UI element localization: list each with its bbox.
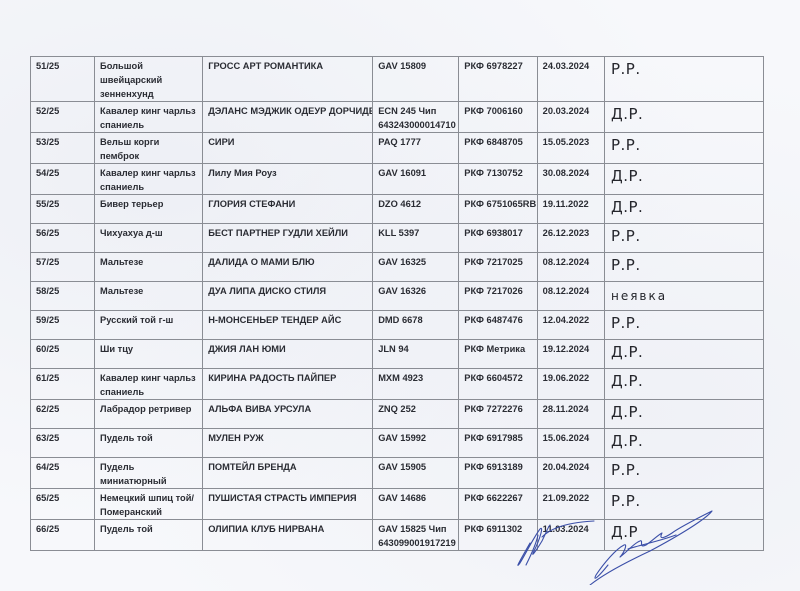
table-row: 64/25Пудель миниатюрныйПОМТЕЙЛ БРЕНДАGAV… (31, 458, 764, 489)
cell-dog-name: ОЛИПИА КЛУБ НИРВАНА (203, 520, 373, 551)
cell-number: 56/25 (31, 224, 95, 253)
cell-number: 52/25 (31, 102, 95, 133)
cell-rkf-pedigree: РКФ 6938017 (459, 224, 537, 253)
cell-number: 65/25 (31, 489, 95, 520)
cell-tattoo-chip: DMD 6678 (373, 311, 459, 340)
table-row: 53/25Вельш корги пемброкСИРИPAQ 1777РКФ … (31, 133, 764, 164)
cell-number: 54/25 (31, 164, 95, 195)
table-row: 61/25Кавалер кинг чарльз спаниельКИРИНА … (31, 369, 764, 400)
scanned-document-page: 51/25Большой швейцарский зенненхундГРОСС… (0, 0, 800, 591)
table-row: 55/25Бивер терьерГЛОРИЯ СТЕФАНИDZO 4612Р… (31, 195, 764, 224)
cell-birth-date: 20.04.2024 (537, 458, 604, 489)
cell-breed: Русский той г-ш (95, 311, 203, 340)
cell-result-handwritten: Д.Р. (604, 340, 763, 369)
cell-number: 62/25 (31, 400, 95, 429)
cell-dog-name: ДАЛИДА О МАМИ БЛЮ (203, 253, 373, 282)
cell-tattoo-chip: GAV 15809 (373, 57, 459, 102)
cell-result-handwritten: Д.Р. (604, 400, 763, 429)
cell-number: 57/25 (31, 253, 95, 282)
cell-tattoo-chip: GAV 16326 (373, 282, 459, 311)
cell-tattoo-chip: GAV 16325 (373, 253, 459, 282)
cell-rkf-pedigree: РКФ 6487476 (459, 311, 537, 340)
cell-rkf-pedigree: РКФ 7006160 (459, 102, 537, 133)
cell-rkf-pedigree: РКФ 7217026 (459, 282, 537, 311)
registry-table: 51/25Большой швейцарский зенненхундГРОСС… (30, 56, 764, 551)
cell-tattoo-chip: KLL 5397 (373, 224, 459, 253)
cell-breed: Лабрадор ретривер (95, 400, 203, 429)
cell-breed: Чихуахуа д-ш (95, 224, 203, 253)
cell-dog-name: БЕСТ ПАРТНЕР ГУДЛИ ХЕЙЛИ (203, 224, 373, 253)
cell-result-handwritten: Д.Р. (604, 195, 763, 224)
cell-number: 53/25 (31, 133, 95, 164)
cell-tattoo-chip: GAV 15825 Чип 643099001917219 (373, 520, 459, 551)
cell-number: 63/25 (31, 429, 95, 458)
cell-dog-name: АЛЬФА ВИВА УРСУЛА (203, 400, 373, 429)
cell-breed: Немецкий шпиц той/Померанский (95, 489, 203, 520)
cell-number: 51/25 (31, 57, 95, 102)
cell-number: 61/25 (31, 369, 95, 400)
cell-birth-date: 28.11.2024 (537, 400, 604, 429)
cell-dog-name: ДУА ЛИПА ДИСКО СТИЛЯ (203, 282, 373, 311)
cell-tattoo-chip: MXM 4923 (373, 369, 459, 400)
cell-rkf-pedigree: РКФ 7130752 (459, 164, 537, 195)
cell-breed: Ши тцу (95, 340, 203, 369)
cell-dog-name: ДЖИЯ ЛАН ЮМИ (203, 340, 373, 369)
cell-number: 55/25 (31, 195, 95, 224)
cell-birth-date: 08.12.2024 (537, 253, 604, 282)
cell-result-handwritten: Д.Р. (604, 164, 763, 195)
cell-breed: Кавалер кинг чарльз спаниель (95, 102, 203, 133)
table-row: 57/25МальтезеДАЛИДА О МАМИ БЛЮGAV 16325Р… (31, 253, 764, 282)
cell-breed: Мальтезе (95, 282, 203, 311)
cell-result-handwritten: Р.Р. (604, 311, 763, 340)
table-row: 52/25Кавалер кинг чарльз спаниельДЭЛАНС … (31, 102, 764, 133)
cell-dog-name: ГРОСС АРТ РОМАНТИКА (203, 57, 373, 102)
cell-tattoo-chip: DZO 4612 (373, 195, 459, 224)
cell-result-handwritten: Р.Р. (604, 458, 763, 489)
cell-birth-date: 15.05.2023 (537, 133, 604, 164)
cell-tattoo-chip: GAV 15905 (373, 458, 459, 489)
cell-birth-date: 19.11.2022 (537, 195, 604, 224)
cell-tattoo-chip: JLN 94 (373, 340, 459, 369)
cell-rkf-pedigree: РКФ Метрика (459, 340, 537, 369)
cell-rkf-pedigree: РКФ 7272276 (459, 400, 537, 429)
cell-breed: Вельш корги пемброк (95, 133, 203, 164)
cell-tattoo-chip: GAV 14686 (373, 489, 459, 520)
cell-breed: Кавалер кинг чарльз спаниель (95, 164, 203, 195)
cell-rkf-pedigree: РКФ 7217025 (459, 253, 537, 282)
cell-number: 64/25 (31, 458, 95, 489)
cell-birth-date: 26.12.2023 (537, 224, 604, 253)
cell-dog-name: КИРИНА РАДОСТЬ ПАЙПЕР (203, 369, 373, 400)
cell-rkf-pedigree: РКФ 6978227 (459, 57, 537, 102)
cell-number: 58/25 (31, 282, 95, 311)
cell-birth-date: 24.03.2024 (537, 57, 604, 102)
cell-dog-name: СИРИ (203, 133, 373, 164)
cell-result-handwritten: Д.Р. (604, 429, 763, 458)
cell-tattoo-chip: GAV 15992 (373, 429, 459, 458)
cell-result-handwritten: Д.Р. (604, 369, 763, 400)
cell-result-handwritten: Р.Р. (604, 133, 763, 164)
cell-birth-date: 15.06.2024 (537, 429, 604, 458)
signatures (500, 505, 730, 585)
cell-result-handwritten: Р.Р. (604, 224, 763, 253)
cell-breed: Бивер терьер (95, 195, 203, 224)
cell-result-handwritten: Р.Р. (604, 57, 763, 102)
cell-breed: Кавалер кинг чарльз спаниель (95, 369, 203, 400)
signature-icon (500, 505, 730, 585)
cell-breed: Пудель той (95, 520, 203, 551)
cell-result-handwritten: Р.Р. (604, 253, 763, 282)
cell-number: 60/25 (31, 340, 95, 369)
table-row: 54/25Кавалер кинг чарльз спаниельЛилу Ми… (31, 164, 764, 195)
cell-birth-date: 19.12.2024 (537, 340, 604, 369)
cell-tattoo-chip: PAQ 1777 (373, 133, 459, 164)
cell-rkf-pedigree: РКФ 6604572 (459, 369, 537, 400)
cell-breed: Пудель той (95, 429, 203, 458)
cell-breed: Пудель миниатюрный (95, 458, 203, 489)
cell-birth-date: 08.12.2024 (537, 282, 604, 311)
table-row: 60/25Ши тцуДЖИЯ ЛАН ЮМИJLN 94РКФ Метрика… (31, 340, 764, 369)
cell-tattoo-chip: ZNQ 252 (373, 400, 459, 429)
cell-birth-date: 12.04.2022 (537, 311, 604, 340)
table-row: 62/25Лабрадор ретриверАЛЬФА ВИВА УРСУЛАZ… (31, 400, 764, 429)
table-row: 63/25Пудель тойМУЛЕН РУЖGAV 15992РКФ 691… (31, 429, 764, 458)
cell-rkf-pedigree: РКФ 6751065RB (459, 195, 537, 224)
cell-dog-name: ПОМТЕЙЛ БРЕНДА (203, 458, 373, 489)
cell-number: 66/25 (31, 520, 95, 551)
cell-rkf-pedigree: РКФ 6917985 (459, 429, 537, 458)
cell-birth-date: 19.06.2022 (537, 369, 604, 400)
cell-result-handwritten: Д.Р. (604, 102, 763, 133)
cell-result-handwritten: неявка (604, 282, 763, 311)
cell-number: 59/25 (31, 311, 95, 340)
cell-dog-name: ПУШИСТАЯ СТРАСТЬ ИМПЕРИЯ (203, 489, 373, 520)
cell-breed: Большой швейцарский зенненхунд (95, 57, 203, 102)
table-row: 58/25МальтезеДУА ЛИПА ДИСКО СТИЛЯGAV 163… (31, 282, 764, 311)
cell-dog-name: Лилу Мия Роуз (203, 164, 373, 195)
registry-table-body: 51/25Большой швейцарский зенненхундГРОСС… (31, 57, 764, 551)
cell-rkf-pedigree: РКФ 6913189 (459, 458, 537, 489)
cell-birth-date: 30.08.2024 (537, 164, 604, 195)
cell-birth-date: 20.03.2024 (537, 102, 604, 133)
table-row: 51/25Большой швейцарский зенненхундГРОСС… (31, 57, 764, 102)
cell-tattoo-chip: ECN 245 Чип 643243000014710 (373, 102, 459, 133)
table-row: 59/25Русский той г-шН-МОНСЕНЬЕР ТЕНДЕР А… (31, 311, 764, 340)
cell-dog-name: МУЛЕН РУЖ (203, 429, 373, 458)
cell-dog-name: ДЭЛАНС МЭДЖИК ОДЕУР ДОРЧИДЕЕ (203, 102, 373, 133)
cell-dog-name: ГЛОРИЯ СТЕФАНИ (203, 195, 373, 224)
cell-rkf-pedigree: РКФ 6848705 (459, 133, 537, 164)
cell-breed: Мальтезе (95, 253, 203, 282)
cell-tattoo-chip: GAV 16091 (373, 164, 459, 195)
cell-dog-name: Н-МОНСЕНЬЕР ТЕНДЕР АЙС (203, 311, 373, 340)
table-row: 56/25Чихуахуа д-шБЕСТ ПАРТНЕР ГУДЛИ ХЕЙЛ… (31, 224, 764, 253)
